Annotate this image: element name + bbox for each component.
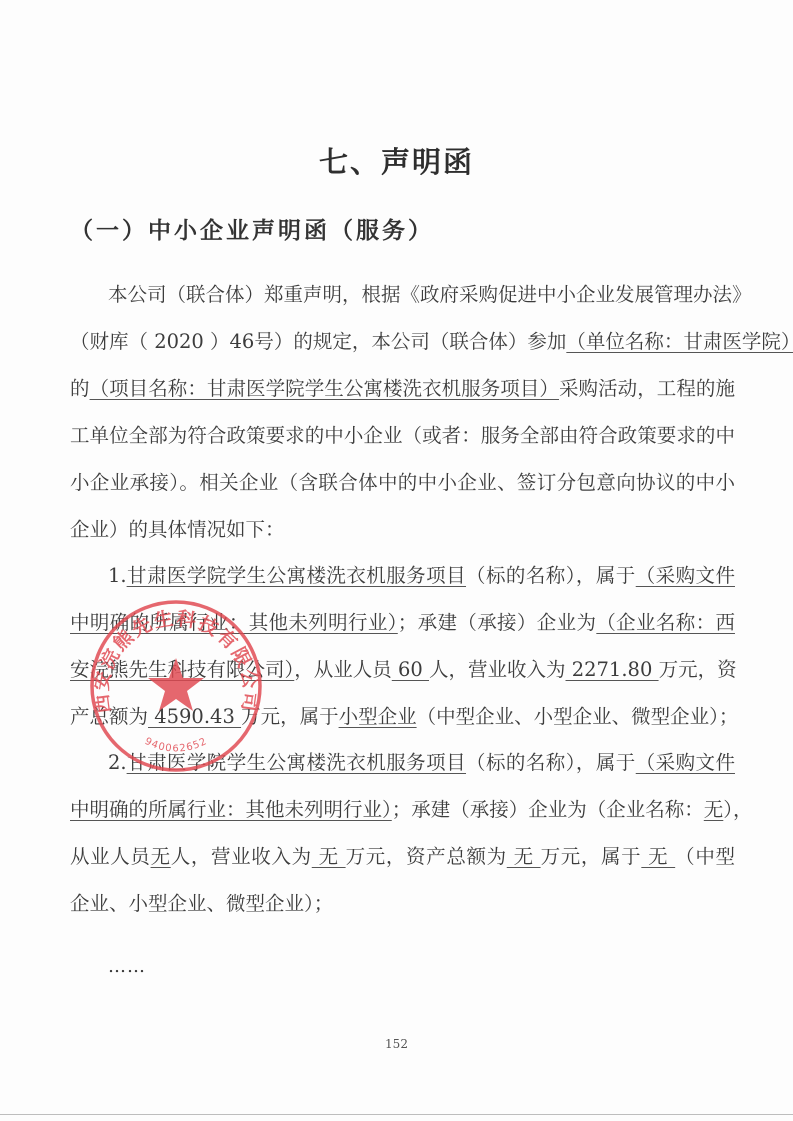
item-1-line-3: 安浣熊先生科技有限公司），从业人员 60 人，营业收入为 2271.80 万元，… (70, 657, 735, 683)
intro-line-6: 企业）的具体情况如下： (70, 517, 735, 543)
subsection-title: （一）中小企业声明函（服务） (70, 212, 434, 245)
item-2-line-1: 2.甘肃医学院学生公寓楼洗衣机服务项目（标的名称），属于（采购文件 (108, 750, 735, 776)
item-company-name: 安浣熊先生科技有限公司） (70, 658, 294, 681)
item-label: （中型 (675, 845, 735, 868)
item-label: 企业、小型企业、微型企业）； (70, 892, 333, 915)
item-industry: （采购文件 (636, 751, 735, 774)
item-assets: 4590.43 (148, 705, 241, 728)
item-1-line-1: 1.甘肃医学院学生公寓楼洗衣机服务项目（标的名称），属于（采购文件 (108, 563, 735, 589)
intro-line-3: 的（项目名称：甘肃医学院学生公寓楼洗衣机服务项目）采购活动，工程的施 (70, 376, 735, 402)
item-number: 2. (108, 751, 127, 774)
item-2-line-3: 从业人员无人，营业收入为 无 万元，资产总额为 无 万元，属于 无 （中型 (70, 844, 735, 870)
item-industry: 中明确的所属行业：其他未列明行业） (70, 798, 392, 821)
item-industry: 中明确的所属行业：其他未列明行业） (70, 611, 398, 634)
ellipsis: …… (108, 956, 146, 977)
item-number: 1. (108, 564, 127, 587)
intro-line-1: 本公司（联合体）郑重声明，根据《政府采购促进中小企业发展管理办法》 (108, 282, 735, 308)
intro-line-4: 工单位全部为符合政策要求的中小企业（或者：服务全部由符合政策要求的中 (70, 423, 735, 449)
item-label: 人，营业收入为 (171, 845, 312, 868)
page-number: 152 (0, 1037, 793, 1051)
item-project-name: 甘肃医学院学生公寓楼洗衣机服务项目 (127, 751, 466, 774)
intro-line-2: （财库（ 2020 ）46号）的规定，本公司（联合体）参加（单位名称：甘肃医学院… (70, 329, 735, 355)
item-enterprise-size: 无 (641, 845, 675, 868)
item-1-line-4: 产总额为 4590.43 万元，属于小型企业（中型企业、小型企业、微型企业）； (70, 704, 735, 730)
item-label: ；承建（承接）企业为（企业名称： (392, 798, 704, 821)
intro-text: 企业）的具体情况如下： (70, 518, 285, 541)
item-2-line-2: 中明确的所属行业：其他未列明行业）；承建（承接）企业为（企业名称：无）， (70, 797, 735, 823)
item-label: （标的名称），属于 (466, 564, 636, 587)
item-enterprise-size: 小型企业 (339, 705, 417, 728)
section-title: 七、声明函 (0, 140, 793, 181)
item-label: ）， (723, 798, 752, 821)
item-2-line-4: 企业、小型企业、微型企业）； (70, 891, 735, 917)
item-label: 万元，资 (659, 658, 737, 681)
item-employees: 60 (392, 658, 429, 681)
document-page: 七、声明函 （一）中小企业声明函（服务） 本公司（联合体）郑重声明，根据《政府采… (0, 0, 793, 1121)
item-label: （中型企业、小型企业、微型企业）； (417, 705, 739, 728)
item-company-name: （企业名称：西 (596, 611, 735, 634)
item-project-name: 甘肃医学院学生公寓楼洗衣机服务项目 (127, 564, 466, 587)
item-label: （标的名称），属于 (466, 751, 636, 774)
item-label: 万元，属于 (241, 705, 339, 728)
intro-text: 本公司（联合体）郑重声明，根据《政府采购促进中小企业发展管理办法》 (108, 283, 752, 306)
intro-text: 工单位全部为符合政策要求的中小企业（或者：服务全部由符合政策要求的中 (70, 424, 735, 447)
project-name-field: （项目名称：甘肃医学院学生公寓楼洗衣机服务项目） (90, 377, 559, 400)
page-bottom-rule (0, 1114, 793, 1115)
item-1-line-2: 中明确的所属行业：其他未列明行业）；承建（承接）企业为（企业名称：西 (70, 610, 735, 636)
intro-text: 小企业承接）。相关企业（含联合体中的中小企业、签订分包意向协议的中小 (70, 471, 735, 494)
intro-text: 的 (70, 377, 90, 400)
item-company-name: 无 (704, 798, 724, 821)
item-label: 产总额为 (70, 705, 148, 728)
item-label: 万元，资产总额为 (346, 845, 507, 868)
item-label: ，从业人员 (294, 658, 392, 681)
item-label: 人，营业收入为 (429, 658, 566, 681)
item-label: 万元，属于 (541, 845, 642, 868)
purchaser-name-field: （单位名称：甘肃医学院） (566, 330, 793, 353)
item-label: ；承建（承接）企业为 (398, 611, 597, 634)
item-assets: 无 (507, 845, 541, 868)
intro-text: （财库（ 2020 ）46号）的规定，本公司（联合体）参加 (70, 330, 566, 353)
item-revenue: 2271.80 (566, 658, 659, 681)
item-industry: （采购文件 (636, 564, 735, 587)
item-revenue: 无 (312, 845, 346, 868)
item-label: 从业人员 (70, 845, 151, 868)
intro-line-5: 小企业承接）。相关企业（含联合体中的中小企业、签订分包意向协议的中小 (70, 470, 735, 496)
item-employees: 无 (151, 845, 171, 868)
intro-text: 采购活动，工程的施 (559, 377, 735, 400)
